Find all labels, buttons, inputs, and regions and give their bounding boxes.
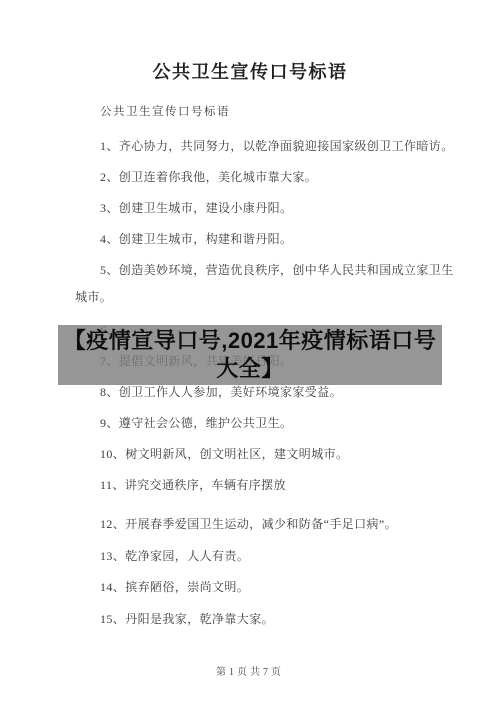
slogan-item-14: 14、摈弃陋俗，崇尚文明。 [75,574,462,601]
slogan-item-13: 13、乾净家园，人人有责。 [75,543,462,570]
slogan-item-11: 11、讲究交通秩序，车辆有序摆放 [75,472,462,499]
slogan-item-5: 5、创造美妙环境，营造优良秩序，创中华人民共和国成立家卫生城市。 [75,257,462,311]
slogan-item-1: 1、齐心协力，共同努力，以乾净面貌迎接国家级创卫工作暗访。 [75,133,462,160]
slogan-item-2: 2、创卫连着你我他，美化城市靠大家。 [75,164,462,191]
document-page: 公共卫生宣传口号标语 公共卫生宣传口号标语 1、齐心协力，共同努力，以乾净面貌迎… [0,0,500,706]
slogan-item-12: 12、开展春季爱国卫生运动，减少和防备“手足口病”。 [75,511,462,538]
slogan-item-3: 3、创建卫生城市，建设小康丹阳。 [75,195,462,222]
watermark-line1: 【疫情宣导口号,2021年疫情标语口号 [0,327,500,355]
document-subtitle: 公共卫生宣传口号标语 [100,105,500,119]
slogan-item-15: 15、丹阳是我家，乾净靠大家。 [75,606,462,633]
slogan-item-4: 4、创建卫生城市，构建和谐丹阳。 [75,226,462,253]
watermark-line2: 大全】 [0,355,500,383]
page-title: 公共卫生宣传口号标语 [0,0,500,82]
page-footer: 第1页共7页 [0,663,500,678]
slogan-item-10: 10、树文明新风，创文明社区，建文明城市。 [75,441,462,468]
watermark-title: 【疫情宣导口号,2021年疫情标语口号 大全】 [0,327,500,383]
slogan-item-9: 9、遵守社会公德，维护公共卫生。 [75,410,462,437]
